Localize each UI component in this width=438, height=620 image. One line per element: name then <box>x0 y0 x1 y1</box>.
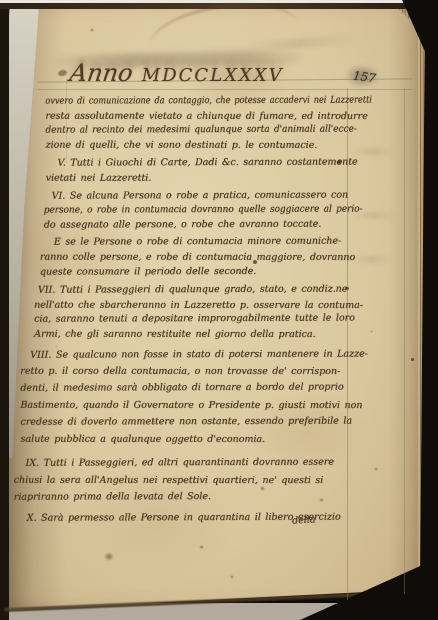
manuscript-line: V. Tutti i Giuochi di Carte, Dadi &c. sa… <box>45 157 431 173</box>
foxing-spot <box>319 498 324 502</box>
manuscript-line: nell'atto che sbarcheranno in Lazzeretto… <box>34 299 432 314</box>
ink-blot <box>337 160 342 164</box>
manuscript-line: salute pubblica a qualunque oggetto d'ec… <box>20 434 432 451</box>
ink-blot <box>411 358 414 361</box>
manuscript-line: VIII. Se qualcuno non fosse in stato di … <box>20 348 432 366</box>
manuscript-line: ranno colle persone, e robe di contumaci… <box>40 252 432 267</box>
manuscript-line: VII. Tutti i Passeggieri di qualunque gr… <box>34 283 432 299</box>
ink-blot <box>345 287 349 290</box>
foxing-spot <box>104 552 114 561</box>
foxing-spot <box>152 420 156 423</box>
manuscript-paragraph: IX. Tutti i Passeggieri, ed altri quaran… <box>14 456 433 508</box>
manuscript-line: vietati nei Lazzeretti. <box>46 173 432 188</box>
manuscript-paragraph: VII. Tutti i Passeggieri di qualunque gr… <box>34 283 432 343</box>
foxing-spot <box>199 545 204 549</box>
manuscript-paragraph: ovvero di comunicazione da contaggio, ch… <box>45 94 431 154</box>
manuscript-line: credesse di doverlo ammettere non ostant… <box>20 415 432 433</box>
manuscript-line: riapriranno prima della levata del Sole. <box>14 490 433 508</box>
manuscript-text-block: ovvero di comunicazione da contaggio, ch… <box>7 94 433 527</box>
manuscript-line: persone, o robe in contumacia dovranno q… <box>44 203 409 219</box>
margin-rule-horizontal-bottom <box>38 89 412 90</box>
manuscript-line: queste consumare il periodo delle second… <box>40 265 432 281</box>
manuscript-line: cia, saranno tenuti a depositare improro… <box>34 313 432 329</box>
foxing-spot <box>374 467 378 471</box>
manuscript-line: denti, il medesimo sarà obbligato di tor… <box>20 382 432 400</box>
manuscript-line: do assegnato alle persone, o robe che av… <box>44 218 432 234</box>
manuscript-paragraph: VI. Se alcuna Persona o robe a pratica, … <box>44 189 432 234</box>
manuscript-line: IX. Tutti i Passeggieri, ed altri quaran… <box>14 456 433 474</box>
page-title: Anno MDCCLXXXV <box>70 59 284 87</box>
manuscript-line: zione di quelli, che vi sono destinati p… <box>45 139 431 154</box>
manuscript-paragraph: VIII. Se qualcuno non fosse in stato di … <box>20 348 432 451</box>
manuscript-line: dentro al recinto dei medesimi qualunque… <box>45 124 408 140</box>
foxing-spot <box>55 345 58 348</box>
manuscript-line: Bastimento, quando il Governatore o Pres… <box>20 400 432 417</box>
catchword: della <box>292 514 316 526</box>
folio-number: 157 <box>352 68 377 85</box>
foxing-spot <box>260 486 265 491</box>
year-roman-numerals: MDCCLXXXV <box>142 65 284 86</box>
manuscript-line: VI. Se alcuna Persona o robe a pratica, … <box>44 189 432 205</box>
manuscript-paragraph: X. Sarà permesso alle Persone in quarant… <box>13 511 433 527</box>
year-word: Anno <box>68 59 135 87</box>
ink-blot <box>253 260 257 264</box>
manuscript-line: X. Sarà permesso alle Persone in quarant… <box>13 511 433 527</box>
foxing-spot <box>90 28 94 32</box>
manuscript-paragraph: E se le Persone o robe di contumacia min… <box>40 236 432 281</box>
manuscript-photo: Anno MDCCLXXXV 157 ovvero di comunicazio… <box>0 0 438 620</box>
foxing-spot <box>230 575 234 579</box>
manuscript-line: ovvero di comunicazione da contaggio, ch… <box>45 94 377 110</box>
foxing-spot <box>370 330 373 333</box>
manuscript-line: retto p. il corso della contumacia, o no… <box>20 366 432 383</box>
manuscript-line: E se le Persone o robe di contumacia min… <box>40 236 432 252</box>
manuscript-paragraph: V. Tutti i Giuochi di Carte, Dadi &c. sa… <box>45 157 431 188</box>
manuscript-line: chiusi la sera all'Angelus nei respettiv… <box>14 474 433 491</box>
